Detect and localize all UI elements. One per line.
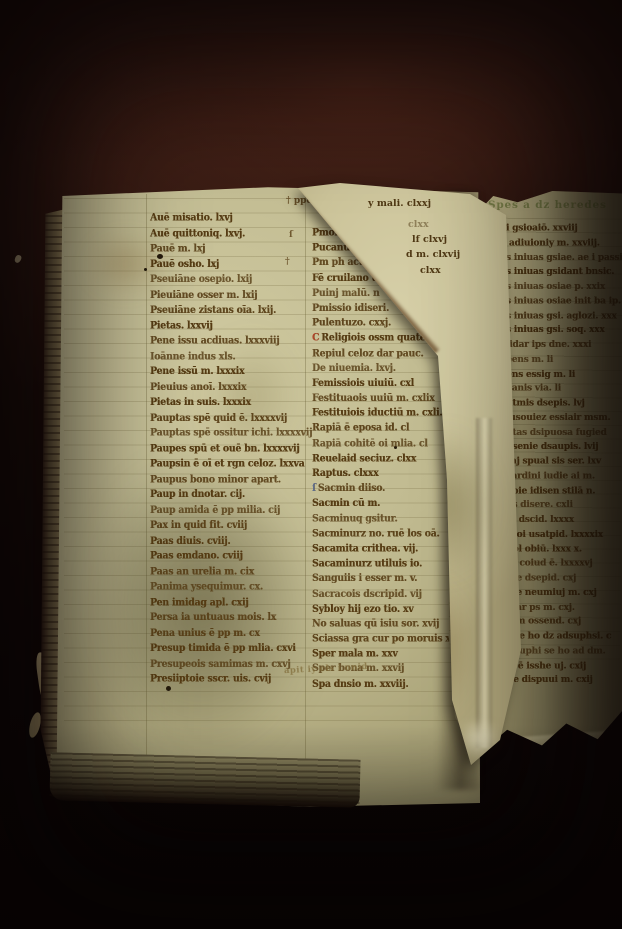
turned-leaf-surface: y mali. clxxj clxx lf clxvj d m. clxvij …: [290, 178, 530, 783]
manuscript-photo: Auē misatio. lxvjAuē quittoniq. lxvj.Pau…: [0, 0, 622, 929]
turned-leaf: y mali. clxxj clxx lf clxvj d m. clxvij …: [290, 178, 530, 783]
leaf-text-fragment: y mali. clxxj: [368, 198, 431, 209]
gutter-mark: †: [285, 257, 290, 267]
ink-spot: [144, 268, 147, 271]
fold-crease-streak: [293, 190, 440, 355]
leaf-text-fragment: clxx: [408, 219, 429, 230]
leaf-text-fragment: clxx: [420, 265, 441, 276]
leaf-stain: [382, 578, 472, 718]
leaf-stain: [398, 428, 493, 578]
leaf-text-fragment: lf clxvj: [412, 234, 447, 245]
leaf-bright-tip: [458, 718, 500, 760]
leaf-text-fragment: d m. clxvij: [406, 249, 460, 260]
